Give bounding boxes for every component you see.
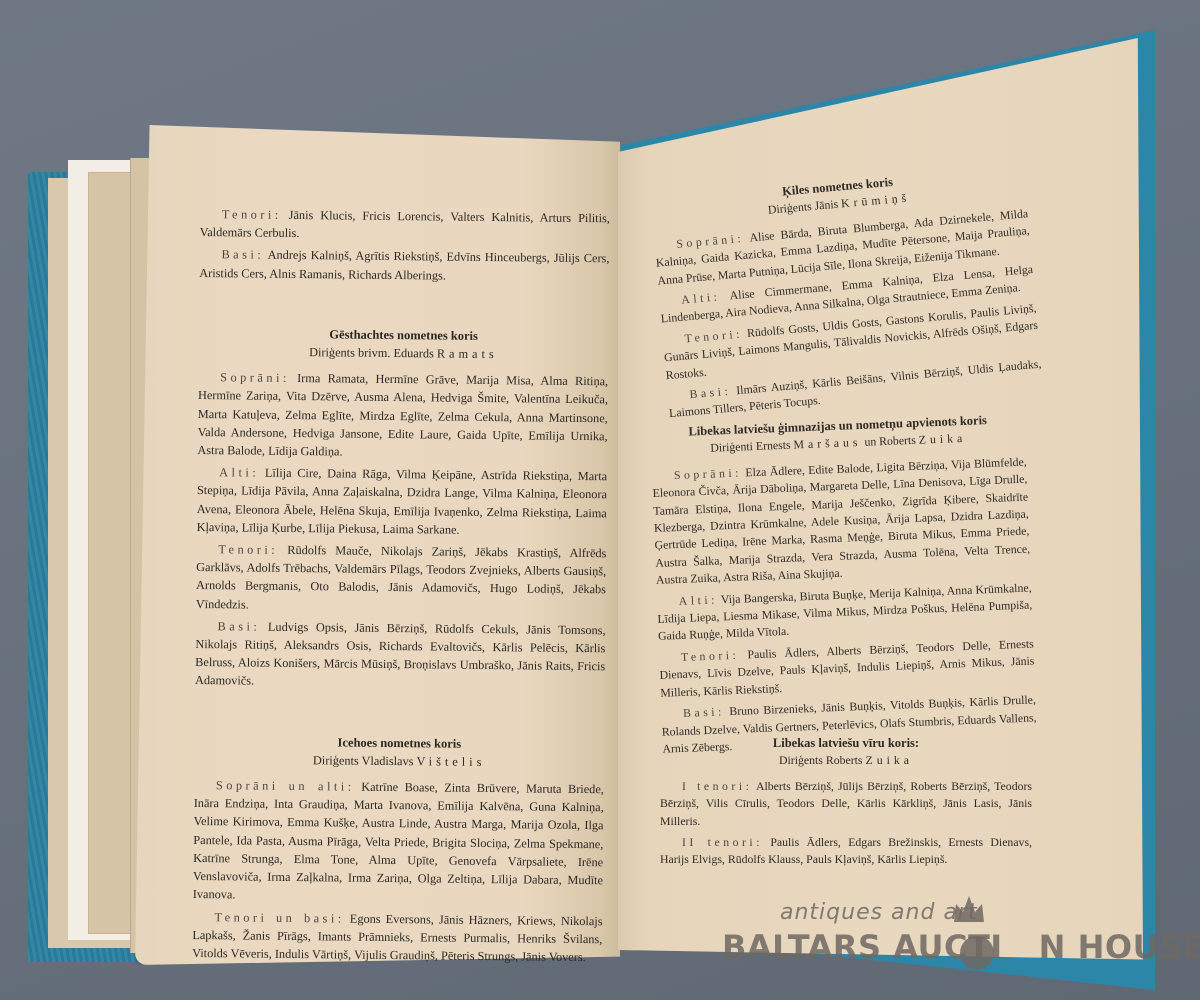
conductor-line: Diriģents Roberts Zuika <box>660 752 1032 769</box>
voice-paragraph: II tenori: Paulis Ādlers, Edgars Brežins… <box>660 834 1032 869</box>
right-page-text-libekas-combined: Libekas latviešu ģimnazijas un nometņu a… <box>650 411 1038 762</box>
voice-label: Alti: <box>678 592 718 607</box>
voice-label: Basi: <box>683 704 725 720</box>
voice-label: Soprāni: <box>674 465 742 482</box>
voice-label: Basi: <box>221 248 264 262</box>
voice-label: Soprāni: <box>676 231 745 251</box>
member-list: Katrīne Boase, Zinta Brūvere, Maruta Bri… <box>193 780 604 902</box>
voice-label: I tenori: <box>682 779 752 793</box>
voice-paragraph: Alti: Vija Bangerska, Biruta Buņķe, Meri… <box>656 579 1033 646</box>
voice-paragraph: Soprāni un alti: Katrīne Boase, Zinta Br… <box>193 776 604 908</box>
book-photo-scene: Tenori: Jānis Klucis, Fricis Lorencis, V… <box>0 0 1200 1000</box>
voice-label: Alti: <box>219 465 259 479</box>
right-page-text-kiles: Ķiles nometnes koris Diriģents Jānis Krū… <box>650 162 1044 427</box>
voice-paragraph: Soprāni: Elza Ādlere, Edite Balode, Ligi… <box>652 453 1031 589</box>
watermark-logo-circle-icon <box>960 936 994 970</box>
voice-paragraph: Tenori: Jānis Klucis, Fricis Lorencis, V… <box>200 205 610 246</box>
choir-title: Libekas latviešu vīru koris: <box>660 735 1032 752</box>
left-page-text: Tenori: Jānis Klucis, Fricis Lorencis, V… <box>192 205 610 970</box>
voice-label: Tenori: <box>222 207 282 222</box>
voice-label: Tenori: <box>681 648 740 664</box>
member-list: Vija Bangerska, Biruta Buņķe, Merija Kal… <box>657 580 1032 643</box>
crown-icon <box>952 896 986 924</box>
voice-label: Tenori un basi: <box>214 910 344 925</box>
voice-label: Alti: <box>681 289 721 306</box>
voice-paragraph: Basi: Ludvigs Opsis, Jānis Bērziņš, Rūdo… <box>195 617 606 694</box>
voice-label: Tenori: <box>684 326 743 345</box>
conductor-line: Diriģents brivm. Eduards Ramats <box>198 342 608 364</box>
voice-label: Basi: <box>689 384 732 402</box>
voice-paragraph: Alti: Līlija Cire, Daina Rāga, Vilma Ķei… <box>197 463 608 540</box>
voice-label: II tenori: <box>682 835 763 849</box>
voice-label: Soprāni un alti: <box>216 778 355 793</box>
voice-paragraph: I tenori: Alberts Bērziņš, Jūlijs Bērziņ… <box>660 778 1032 830</box>
conductor-line: Diriģents Vladislavs Vištelis <box>194 750 604 772</box>
watermark-tagline: antiques and art <box>780 900 978 925</box>
member-list: Līlija Cire, Daina Rāga, Vilma Ķeipāne, … <box>197 466 608 537</box>
voice-paragraph: Soprāni: Irma Ramata, Hermīne Grāve, Mar… <box>197 368 608 463</box>
member-list: Paulis Ādlers, Alberts Bērziņš, Teodors … <box>659 636 1034 699</box>
voice-label: Tenori: <box>218 542 278 557</box>
voice-label: Soprāni: <box>220 370 290 385</box>
voice-paragraph: Tenori: Paulis Ādlers, Alberts Bērziņš, … <box>659 635 1036 702</box>
voice-label: Basi: <box>218 619 261 633</box>
voice-paragraph: Tenori un basi: Egons Eversons, Jānis Hā… <box>192 907 603 966</box>
voice-paragraph: Tenori: Rūdolfs Mauče, Nikolajs Zariņš, … <box>196 540 607 617</box>
voice-paragraph: Basi: Andrejs Kalniņš, Agrītis Riekstiņš… <box>199 245 609 286</box>
right-page-text-libekas-men: Libekas latviešu vīru koris: Diriģents R… <box>660 735 1032 873</box>
